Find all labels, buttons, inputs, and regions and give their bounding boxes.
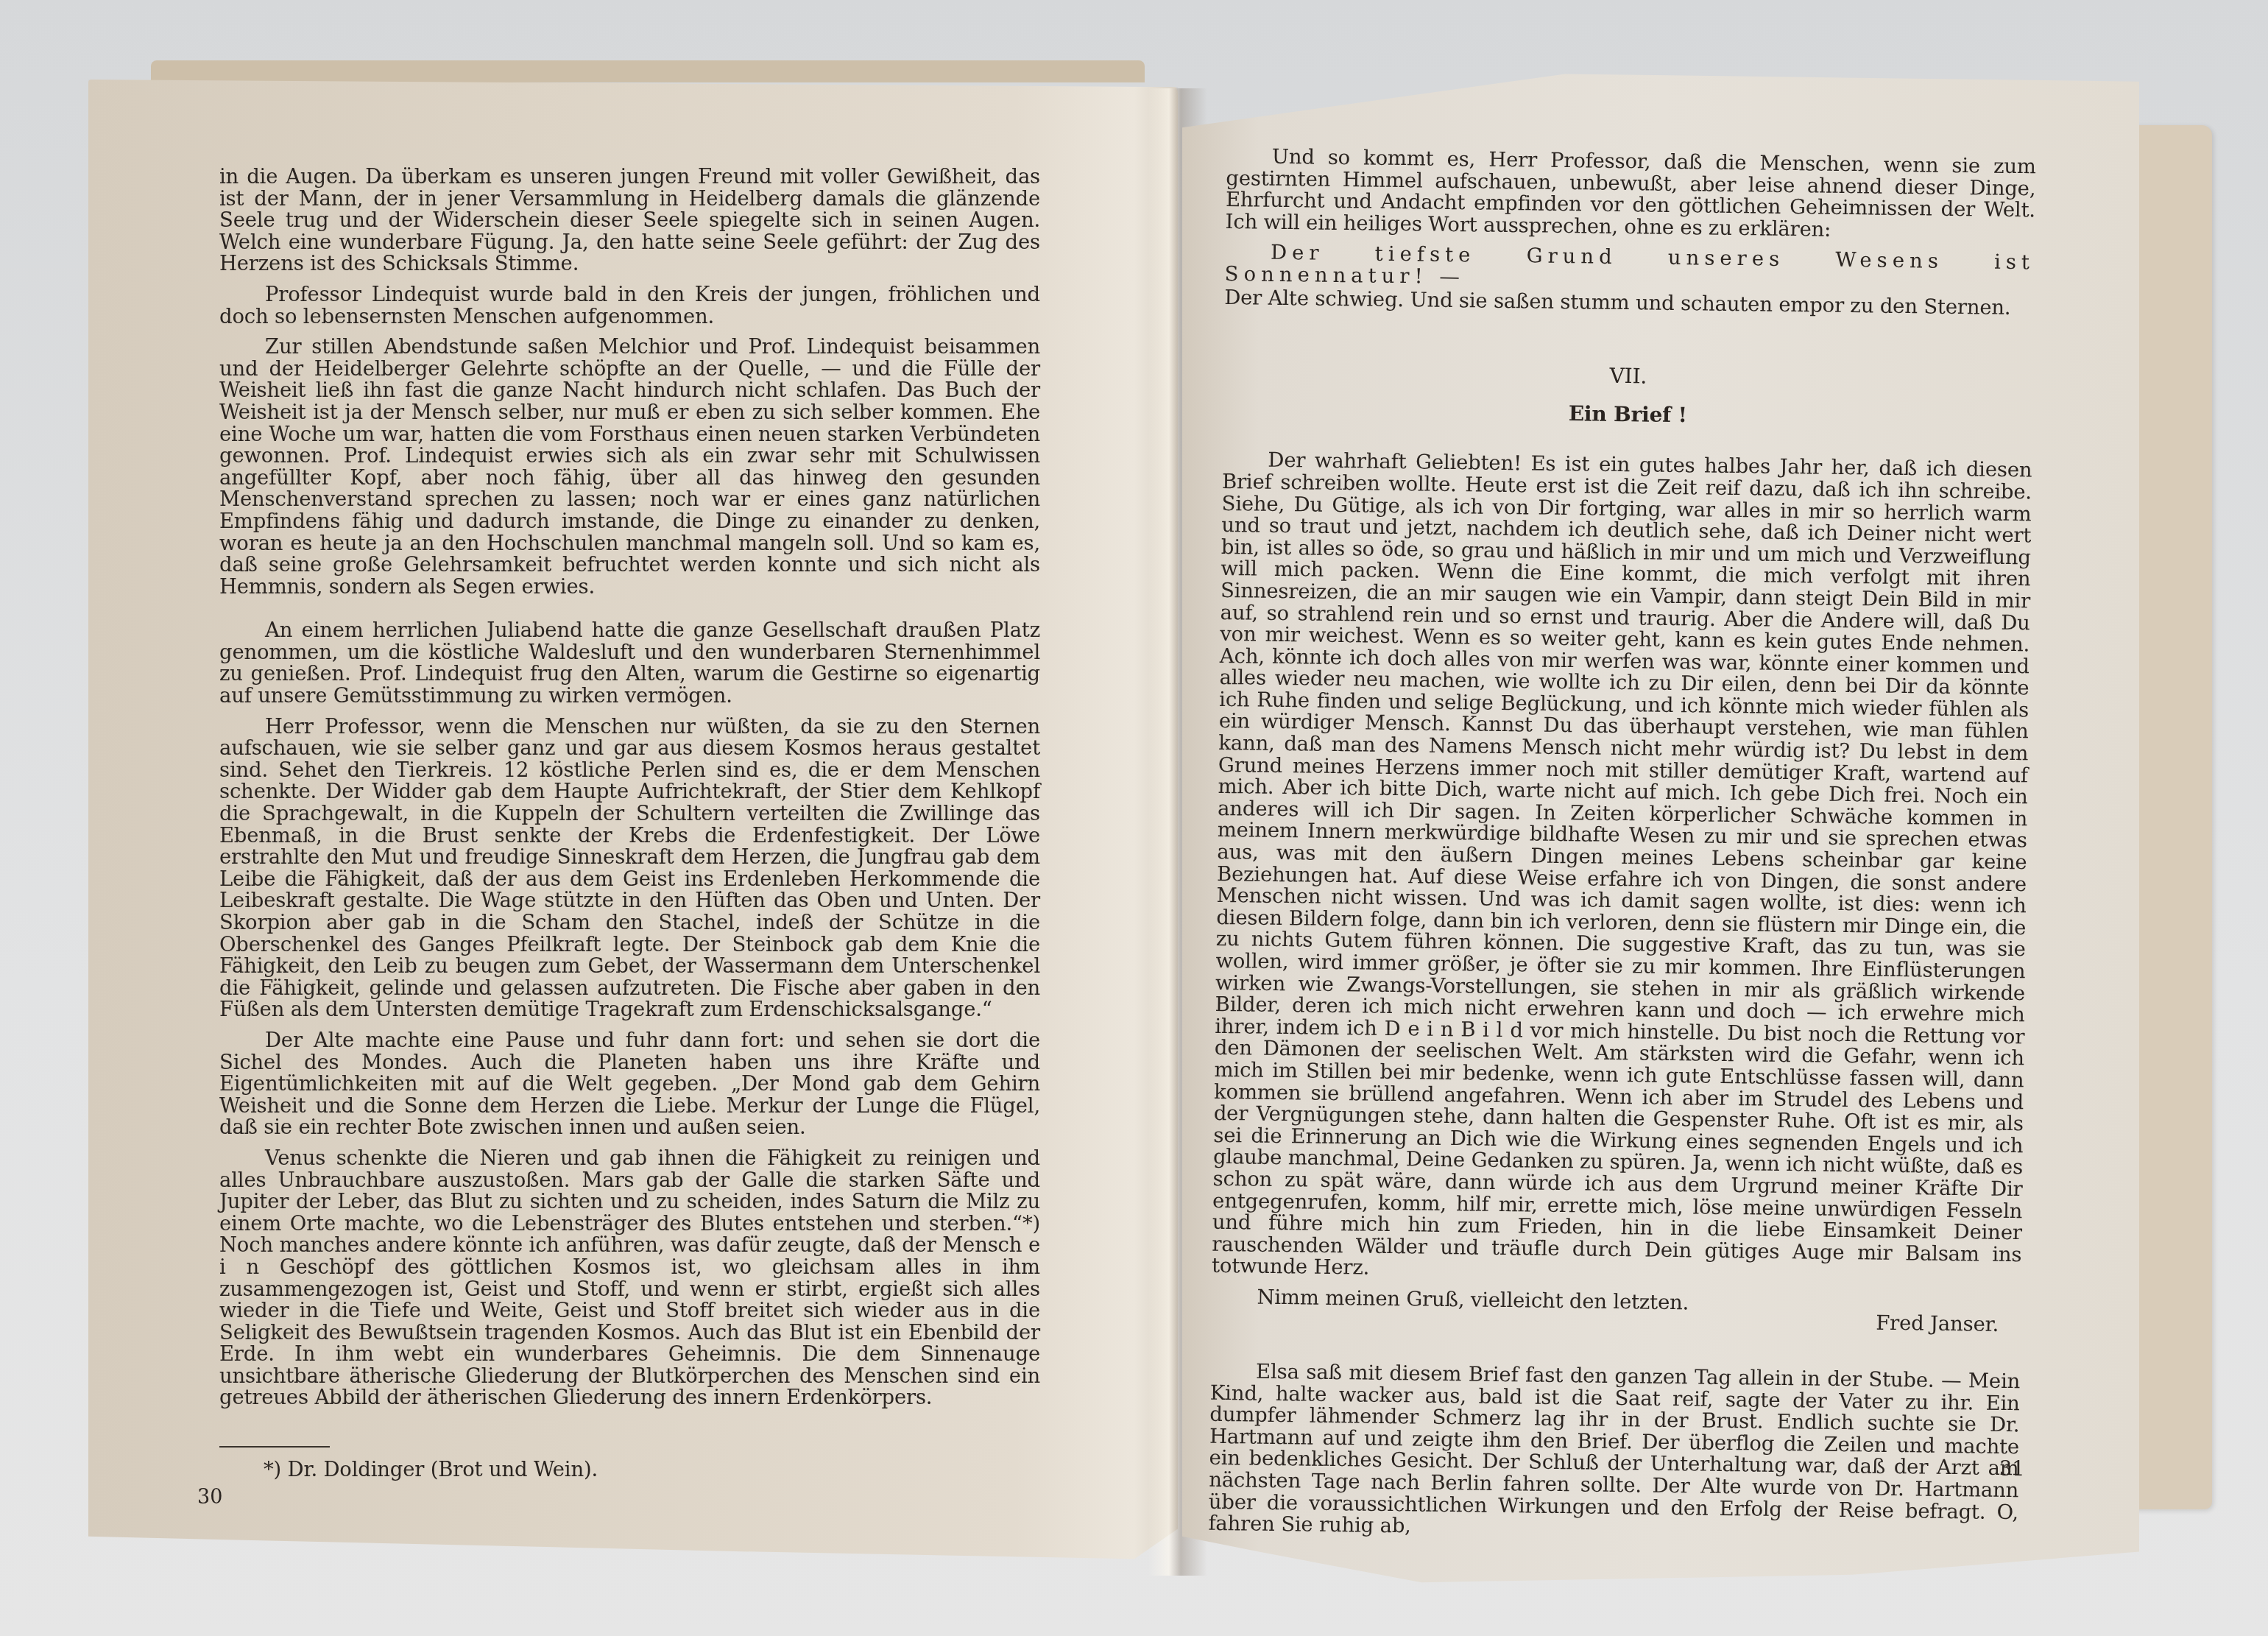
- chapter-title: Ein Brief !: [1223, 398, 2032, 431]
- paragraph: Elsa saß mit diesem Brief fast den ganze…: [1208, 1361, 2020, 1545]
- page-number-right: 31: [1999, 1458, 2024, 1481]
- right-page-text: Und so kommt es, Herr Professor, daß die…: [1208, 146, 2036, 1554]
- paragraph: Der Alte machte eine Pause und fuhr dann…: [219, 1030, 1040, 1139]
- paragraph: Venus schenkte die Nieren und gab ihnen …: [219, 1148, 1040, 1409]
- paragraph: An einem herrlichen Juliabend hatte die …: [219, 620, 1040, 707]
- page-number-left: 30: [197, 1486, 222, 1509]
- left-page: in die Augen. Da überkam es unseren jung…: [88, 80, 1178, 1582]
- letter-body: Der wahrhaft Geliebten! Es ist ein gutes…: [1212, 449, 2032, 1288]
- footnote-divider: [219, 1446, 330, 1448]
- underlying-sheet-top-edge: [151, 60, 1145, 82]
- paragraph: Herr Professor, wenn die Menschen nur wü…: [219, 716, 1040, 1021]
- paragraph: Professor Lindequist wurde bald in den K…: [219, 284, 1040, 328]
- paragraph: Und so kommt es, Herr Professor, daß die…: [1225, 146, 2035, 244]
- footnote: *) Dr. Doldinger (Brot und Wein).: [219, 1459, 1040, 1481]
- left-page-text: in die Augen. Da überkam es unseren jung…: [219, 166, 1040, 1481]
- paragraph: Zur stillen Abendstunde saßen Melchior u…: [219, 336, 1040, 598]
- chapter-number: VII.: [1223, 360, 2033, 392]
- paragraph: in die Augen. Da überkam es unseren jung…: [219, 166, 1040, 275]
- right-page: Und so kommt es, Herr Professor, daß die…: [1182, 66, 2139, 1598]
